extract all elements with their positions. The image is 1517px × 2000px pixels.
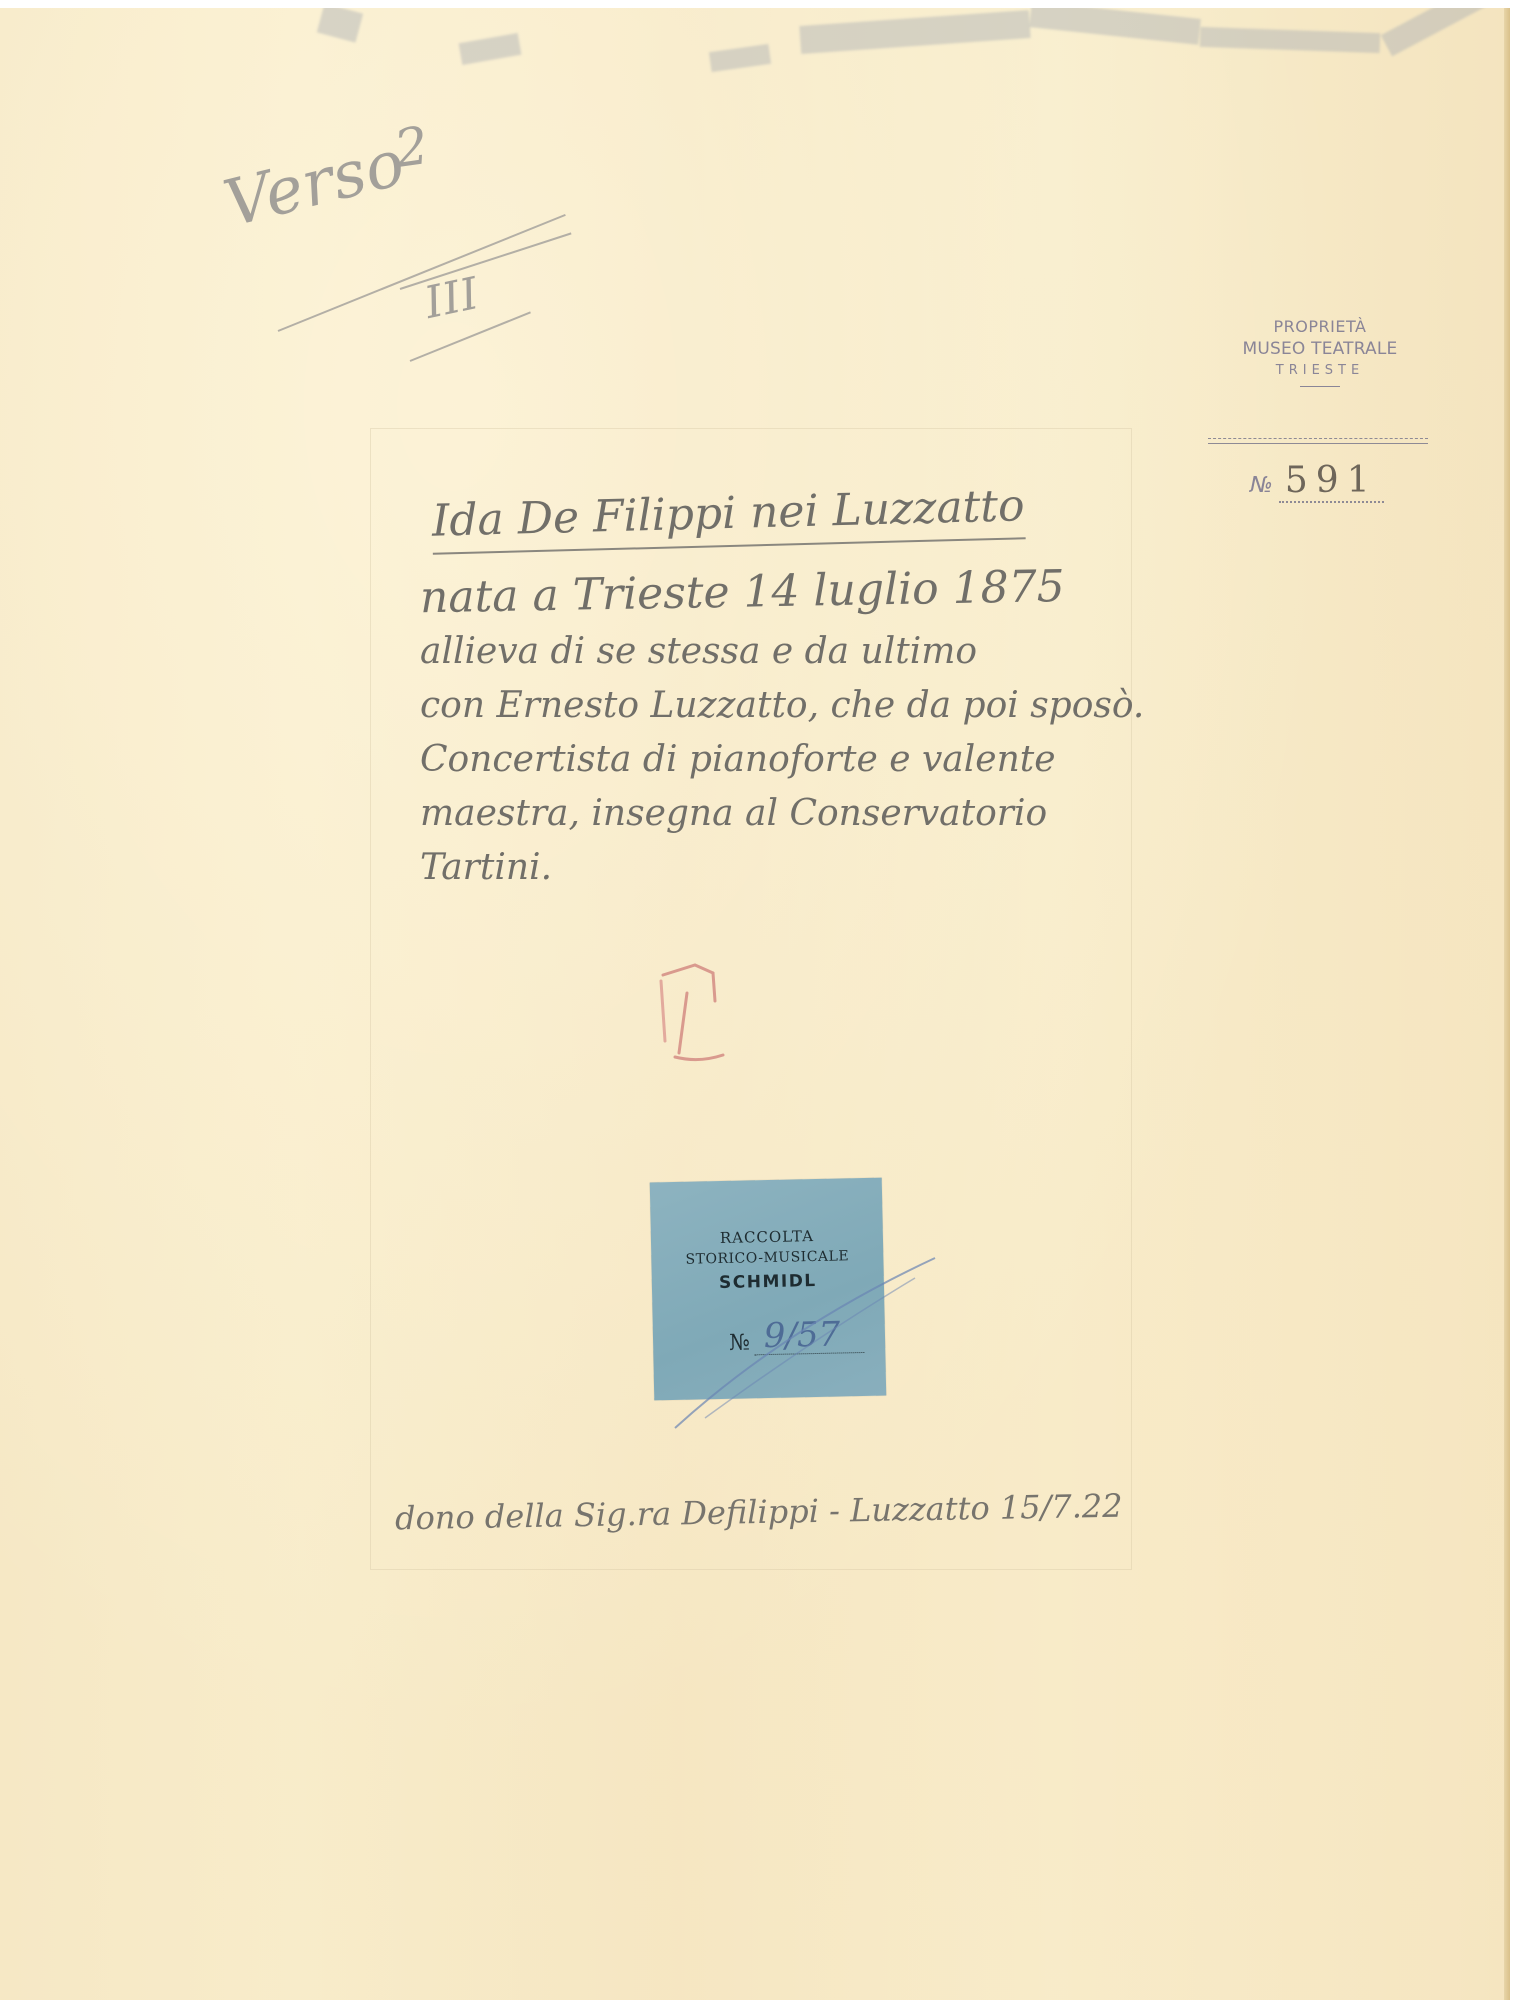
note-line: con Ernesto Luzzatto, che da poi sposò. [420,679,1140,733]
tape-remnant [317,8,363,43]
pencil-strike-line [400,232,572,290]
label-number-value: 9/57 [763,1315,840,1357]
handwritten-biography: Ida De Filippi nei Luzzatto nata a Tries… [420,488,1140,895]
schmidl-collection-label: RACCOLTA STORICO-MUSICALE SCHMIDL № 9/57 [650,1178,887,1401]
note-line: Concertista di pianoforte e valente [420,733,1140,787]
tape-remnant [1029,8,1201,45]
tape-remnant [709,44,771,72]
page-edge [1504,8,1510,2000]
note-line: maestra, insegna al Conservatorio [420,787,1140,841]
inventory-number-value: 591 [1279,460,1384,503]
tape-remnant [1381,8,1489,56]
label-number-row: № 9/57 [729,1328,864,1356]
stamp-divider [1208,438,1428,444]
tape-remnant [799,10,1030,54]
stamp-rule [1300,386,1340,387]
verso-annotation: Verso [217,126,412,242]
note-line: nata a Trieste 14 luglio 1875 [420,559,1141,626]
stamp-line-1: PROPRIETÀ [1200,316,1440,338]
numero-symbol: № [729,1330,750,1355]
label-number-field: 9/57 [754,1336,864,1355]
subject-name: Ida De Filippi nei Luzzatto [431,480,1025,554]
inventory-number: №591 [1250,460,1384,501]
note-line: allieva di se stessa e da ultimo [420,625,1140,679]
numero-symbol: № [1250,473,1273,498]
label-line-3: SCHMIDL [652,1270,884,1295]
stamp-line-2: MUSEO TEATRALE [1200,338,1440,360]
document-page: Verso 2 III PROPRIETÀ MUSEO TEATRALE TRI… [0,8,1510,2000]
stamp-line-3: TRIESTE [1200,360,1440,382]
tape-remnant [1200,27,1381,53]
note-line: Tartini. [420,841,1140,895]
label-line-2: STORICO-MUSICALE [651,1248,883,1269]
red-pencil-mark-icon [655,953,725,1073]
verso-number: 2 [391,116,433,180]
tape-remnant [459,33,522,65]
label-line-1: RACCOLTA [651,1226,883,1249]
museum-ownership-stamp: PROPRIETÀ MUSEO TEATRALE TRIESTE [1200,316,1440,387]
